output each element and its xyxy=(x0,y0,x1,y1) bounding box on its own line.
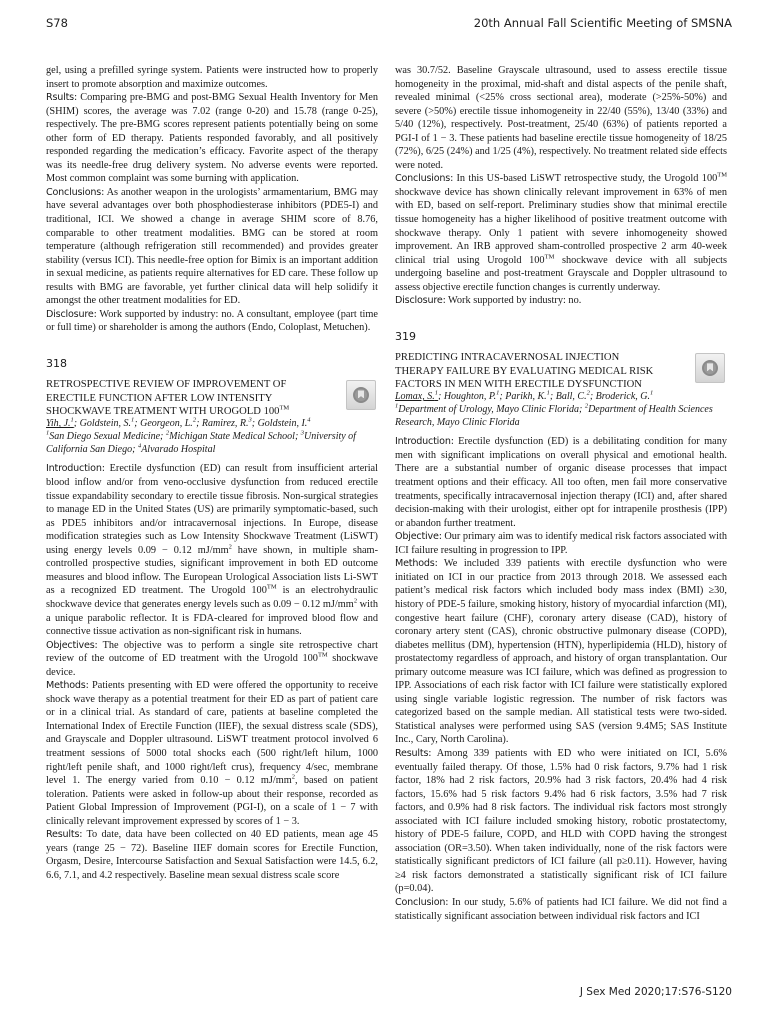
page-number: S78 xyxy=(46,16,68,30)
abstract-title: Retrospective Review of Improvement of E… xyxy=(46,378,316,418)
conclusion: Conclusion: In our study, 5.6% of patien… xyxy=(395,896,727,923)
prev-conclusions: Conclusions: As another weapon in the ur… xyxy=(46,186,378,308)
introduction: Introduction: Erectile dysfunction (ED) … xyxy=(395,435,727,530)
bookmark-badge-icon[interactable] xyxy=(346,380,376,410)
objectives: Objectives: The objective was to perform… xyxy=(46,639,378,680)
section-label: Methods: xyxy=(395,558,438,569)
section-label: Results: xyxy=(46,829,82,840)
author: Georgeon, L.2 xyxy=(140,418,196,429)
abstract-318: 318 Retrospective Review of Improvement … xyxy=(46,357,378,883)
bookmark-badge-icon[interactable] xyxy=(695,353,725,383)
author: Ball, C.2 xyxy=(556,391,590,402)
section-label: Methods: xyxy=(46,680,89,691)
results: Results: Among 339 patients with ED who … xyxy=(395,747,727,896)
results-continuation: was 30.7/52. Baseline Grayscale ultrasou… xyxy=(395,64,727,172)
section-label: Objective: xyxy=(395,531,442,542)
section-label: Results: xyxy=(395,748,431,759)
methods: Methods: We included 339 patients with e… xyxy=(395,557,727,747)
running-title: 20th Annual Fall Scientific Meeting of S… xyxy=(474,16,732,30)
journal-citation: J Sex Med 2020;17:S76-S120 xyxy=(580,986,732,998)
author: Goldstein, S.1 xyxy=(80,418,135,429)
prev-abstract-continuation: gel, using a prefilled syringe system. P… xyxy=(46,64,378,91)
abstract-319: 319 Predicting Intracavernosal Injection… xyxy=(395,330,727,923)
author-list: Yih, J.1; Goldstein, S.1; Georgeon, L.2;… xyxy=(46,418,378,431)
abstract-header: Retrospective Review of Improvement of E… xyxy=(46,378,378,418)
abstract-number: 318 xyxy=(46,357,378,371)
section-label: Conclusions: xyxy=(395,173,453,184)
section-label: Disclosure: xyxy=(46,309,97,320)
prev-disclosure: Disclosure: Work supported by industry: … xyxy=(46,308,378,335)
abstract-title: Predicting Intracavernosal Injection The… xyxy=(395,351,665,391)
section-label: Disclosure: xyxy=(395,295,446,306)
page-header: S78 20th Annual Fall Scientific Meeting … xyxy=(46,16,732,32)
section-label: Introduction: xyxy=(46,463,105,474)
results: Results: To date, data have been collect… xyxy=(46,828,378,882)
abstract-number: 319 xyxy=(395,330,727,344)
disclosure: Disclosure: Work supported by industry: … xyxy=(395,294,727,308)
methods: Methods: Patients presenting with ED wer… xyxy=(46,679,378,828)
prev-results: Rsults: Comparing pre-BMG and post-BMG S… xyxy=(46,91,378,186)
author: Ramirez, R.3 xyxy=(202,418,252,429)
author: Houghton, P.1 xyxy=(444,391,500,402)
conclusions: Conclusions: In this US-based LiSWT retr… xyxy=(395,172,727,294)
affiliations: 1Department of Urology, Mayo Clinic Flor… xyxy=(395,404,727,430)
section-label: Conclusion: xyxy=(395,897,448,908)
author: Broderick, G.1 xyxy=(596,391,654,402)
right-column: was 30.7/52. Baseline Grayscale ultrasou… xyxy=(395,64,727,923)
left-column: gel, using a prefilled syringe system. P… xyxy=(46,64,378,882)
author: Parikh, K.1 xyxy=(505,391,550,402)
section-label: Introduction: xyxy=(395,436,454,447)
presenting-author[interactable]: Lomax, S.1 xyxy=(395,391,438,402)
abstract-header: Predicting Intracavernosal Injection The… xyxy=(395,351,727,391)
affiliations: 1San Diego Sexual Medicine; 2Michigan St… xyxy=(46,431,378,457)
presenting-author[interactable]: Yih, J.1 xyxy=(46,418,74,429)
introduction: Introduction: Erectile dysfunction (ED) … xyxy=(46,462,378,638)
author: Goldstein, I.4 xyxy=(258,418,311,429)
section-label: Conclusions: xyxy=(46,187,104,198)
section-label: Objectives: xyxy=(46,640,98,651)
author-list: Lomax, S.1; Houghton, P.1; Parikh, K.1; … xyxy=(395,391,727,404)
section-label: Rsults: xyxy=(46,92,77,103)
objective: Objective: Our primary aim was to identi… xyxy=(395,530,727,557)
